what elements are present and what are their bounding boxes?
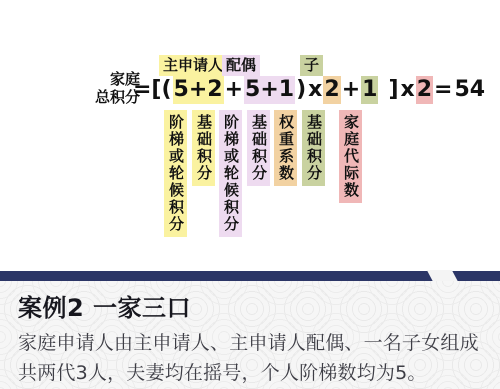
annotation-weight-coefficient: 权重系数 xyxy=(274,110,297,186)
formula-token: = xyxy=(433,76,453,104)
formula-token: =[( xyxy=(132,76,173,104)
formula-token-weight-coefficient: 2 xyxy=(323,76,340,104)
label-child: 子 xyxy=(300,55,323,76)
label-spouse: 配偶 xyxy=(222,55,260,76)
formula-token-applicant-points: 5+2 xyxy=(173,76,224,104)
annotation-ladder-points-spouse: 阶梯或轮候积分 xyxy=(219,110,242,237)
label-main-applicant: 主申请人 xyxy=(159,55,227,76)
formula-token-child-base-points: 1 xyxy=(361,76,378,104)
formula-token: x xyxy=(400,76,416,104)
divider-bar xyxy=(0,271,500,281)
annotation-base-points-applicant: 基础积分 xyxy=(192,110,215,186)
annotation-family-generations: 家庭代际数 xyxy=(339,110,362,203)
annotation-base-points-spouse: 基础积分 xyxy=(247,110,270,186)
case-panel: 案例2 一家三口 家庭申请人由主申请人、主申请人配偶、一名子女组成共两代3人，夫… xyxy=(0,281,500,389)
formula-token-spouse-points: 5+1 xyxy=(244,76,295,104)
formula-token: x xyxy=(307,76,323,104)
case-title: 案例2 一家三口 xyxy=(18,288,486,323)
infographic-canvas: 家庭 总积分 主申请人 配偶 子 =[( 5+2 + 5+1 ) x 2 + 1… xyxy=(0,0,500,389)
formula-token: ] xyxy=(387,76,399,104)
formula-token: + xyxy=(341,76,361,104)
case-description: 家庭申请人由主申请人、主申请人配偶、一名子女组成共两代3人，夫妻均在摇号，个人阶… xyxy=(18,328,484,388)
formula-result: 54 xyxy=(453,76,486,104)
formula-token: + xyxy=(224,76,244,104)
formula-expression: =[( 5+2 + 5+1 ) x 2 + 1 ] x 2 = 54 xyxy=(132,76,486,104)
formula-token: ) xyxy=(295,76,307,104)
formula-token-family-generations: 2 xyxy=(416,76,433,104)
annotation-ladder-points-applicant: 阶梯或轮候积分 xyxy=(164,110,187,237)
formula-section: 家庭 总积分 主申请人 配偶 子 =[( 5+2 + 5+1 ) x 2 + 1… xyxy=(0,0,500,271)
annotation-base-points-child: 基础积分 xyxy=(302,110,325,186)
